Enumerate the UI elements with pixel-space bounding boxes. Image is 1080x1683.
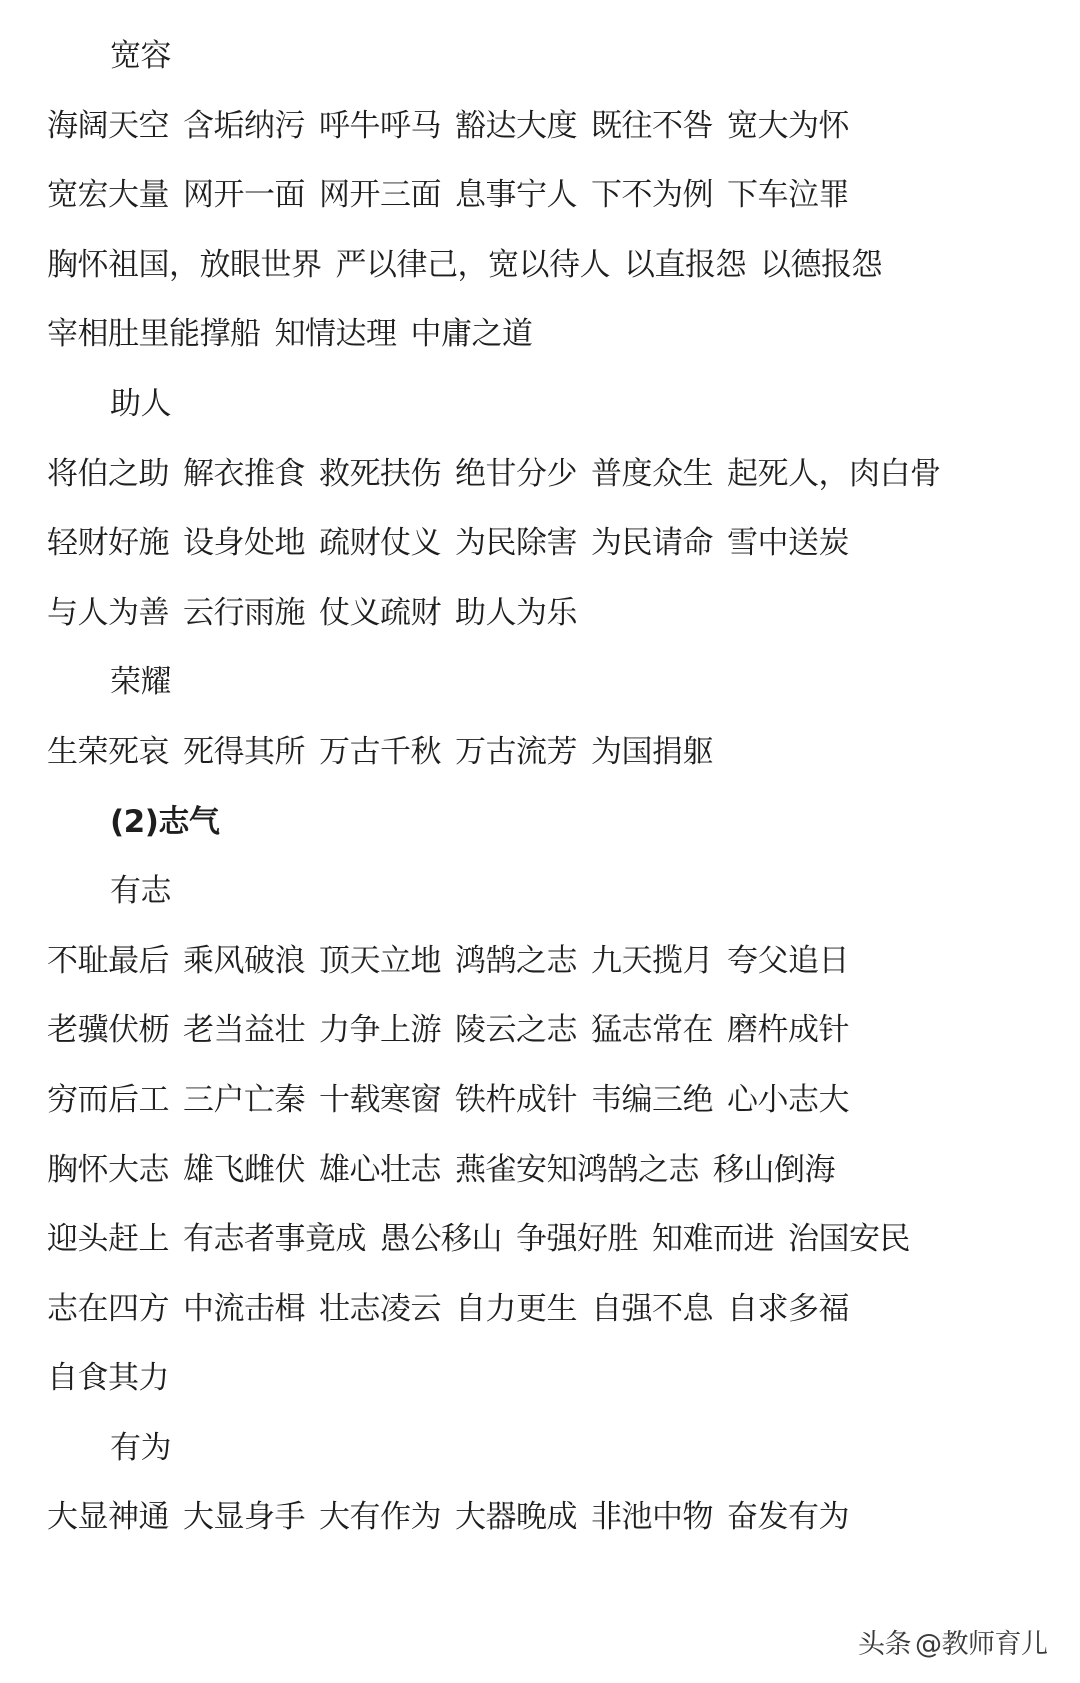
phrase: 息事宁人 [455, 161, 577, 231]
phrase: 壮志凌云 [319, 1275, 441, 1345]
phrase-row: 迎头赶上有志者事竟成愚公移山争强好胜知难而进治国安民 [0, 1205, 1080, 1275]
phrase: 含垢纳污 [183, 92, 305, 162]
phrase: 普度众生 [591, 440, 713, 510]
phrase: 雄飞雌伏 [183, 1136, 305, 1206]
phrase: 顶天立地 [319, 927, 441, 997]
phrase: 乘风破浪 [183, 927, 305, 997]
phrase: 仗义疏财 [319, 579, 441, 649]
phrase: 自食其力 [47, 1344, 169, 1414]
phrase: 与人为善 [47, 579, 169, 649]
phrase: 以直报怨 [624, 231, 746, 301]
phrase: 穷而后工 [47, 1066, 169, 1136]
watermark: 头条@教师育儿 [858, 1622, 1048, 1661]
phrase: 不耻最后 [47, 927, 169, 997]
phrase: 宽大为怀 [727, 92, 849, 162]
phrase-row: 与人为善云行雨施仗义疏财助人为乐 [0, 579, 1080, 649]
phrase: 猛志常在 [591, 996, 713, 1066]
phrase: 宰相肚里能撑船 [47, 300, 261, 370]
phrase-row: 胸怀祖国，放眼世界严以律己，宽以待人以直报怨以德报怨 [0, 231, 1080, 301]
phrase: 治国安民 [788, 1205, 910, 1275]
phrase: 云行雨施 [183, 579, 305, 649]
phrase: 大有作为 [319, 1483, 441, 1553]
phrase: 夸父追日 [727, 927, 849, 997]
phrase: 救死扶伤 [319, 440, 441, 510]
phrase: 老骥伏枥 [47, 996, 169, 1066]
phrase-row: 穷而后工三户亡秦十载寒窗铁杵成针韦编三绝心小志大 [0, 1066, 1080, 1136]
section-heading-having-aspiration: 有志 [0, 857, 1080, 927]
phrase: 生荣死哀 [47, 718, 169, 788]
section-heading-helping-others: 助人 [0, 370, 1080, 440]
phrase: 宽宏大量 [47, 161, 169, 231]
phrase: 非池中物 [591, 1483, 713, 1553]
phrase: 万古千秋 [319, 718, 441, 788]
phrase: 雪中送炭 [727, 509, 849, 579]
phrase: 为民请命 [591, 509, 713, 579]
phrase: 为国捐躯 [591, 718, 713, 788]
phrase: 大显身手 [183, 1483, 305, 1553]
phrase: 志在四方 [47, 1275, 169, 1345]
phrase: 磨杵成针 [727, 996, 849, 1066]
phrase-row: 不耻最后乘风破浪顶天立地鸿鹄之志九天揽月夸父追日 [0, 927, 1080, 997]
phrase-row: 生荣死哀死得其所万古千秋万古流芳为国捐躯 [0, 718, 1080, 788]
phrase: 海阔天空 [47, 92, 169, 162]
phrase: 迎头赶上 [47, 1205, 169, 1275]
phrase: 万古流芳 [455, 718, 577, 788]
phrase: 胸怀祖国，放眼世界 [47, 231, 322, 301]
phrase: 疏财仗义 [319, 509, 441, 579]
phrase-row: 胸怀大志雄飞雌伏雄心壮志燕雀安知鸿鹄之志移山倒海 [0, 1136, 1080, 1206]
phrase: 豁达大度 [455, 92, 577, 162]
phrase: 为民除害 [455, 509, 577, 579]
phrase: 中流击楫 [183, 1275, 305, 1345]
phrase: 移山倒海 [713, 1136, 835, 1206]
section-heading-ambition: (2)志气 [0, 788, 1080, 858]
phrase: 设身处地 [183, 509, 305, 579]
phrase-row: 轻财好施设身处地疏财仗义为民除害为民请命雪中送炭 [0, 509, 1080, 579]
document-body: 宽容 海阔天空含垢纳污呼牛呼马豁达大度既往不咎宽大为怀 宽宏大量网开一面网开三面… [0, 22, 1080, 1553]
phrase: 呼牛呼马 [319, 92, 441, 162]
section-heading-glory: 荣耀 [0, 648, 1080, 718]
phrase: 愚公移山 [380, 1205, 502, 1275]
phrase-row: 大显神通大显身手大有作为大器晚成非池中物奋发有为 [0, 1483, 1080, 1553]
phrase: 解衣推食 [183, 440, 305, 510]
phrase: 陵云之志 [455, 996, 577, 1066]
watermark-brand: 头条 [858, 1629, 911, 1660]
phrase: 九天揽月 [591, 927, 713, 997]
phrase-row: 宰相肚里能撑船知情达理中庸之道 [0, 300, 1080, 370]
phrase: 网开一面 [183, 161, 305, 231]
phrase: 轻财好施 [47, 509, 169, 579]
phrase: 中庸之道 [411, 300, 533, 370]
phrase-row: 海阔天空含垢纳污呼牛呼马豁达大度既往不咎宽大为怀 [0, 92, 1080, 162]
phrase: 自力更生 [455, 1275, 577, 1345]
phrase-row: 志在四方中流击楫壮志凌云自力更生自强不息自求多福 [0, 1275, 1080, 1345]
phrase: 奋发有为 [727, 1483, 849, 1553]
phrase: 将伯之助 [47, 440, 169, 510]
phrase: 绝甘分少 [455, 440, 577, 510]
phrase: 力争上游 [319, 996, 441, 1066]
phrase: 雄心壮志 [319, 1136, 441, 1206]
phrase: 既往不咎 [591, 92, 713, 162]
phrase: 严以律己，宽以待人 [336, 231, 611, 301]
phrase: 自求多福 [727, 1275, 849, 1345]
phrase: 十载寒窗 [319, 1066, 441, 1136]
phrase: 知难而进 [652, 1205, 774, 1275]
phrase: 燕雀安知鸿鹄之志 [455, 1136, 699, 1206]
phrase: 大显神通 [47, 1483, 169, 1553]
phrase: 老当益壮 [183, 996, 305, 1066]
phrase: 网开三面 [319, 161, 441, 231]
phrase: 以德报怨 [760, 231, 882, 301]
phrase-row: 自食其力 [0, 1344, 1080, 1414]
phrase: 胸怀大志 [47, 1136, 169, 1206]
phrase: 韦编三绝 [591, 1066, 713, 1136]
phrase: 下不为例 [591, 161, 713, 231]
section-heading-tolerance: 宽容 [0, 22, 1080, 92]
phrase: 下车泣罪 [727, 161, 849, 231]
phrase: 大器晚成 [455, 1483, 577, 1553]
phrase: 知情达理 [275, 300, 397, 370]
phrase: 心小志大 [727, 1066, 849, 1136]
watermark-handle: @教师育儿 [915, 1629, 1048, 1660]
phrase: 起死人，肉白骨 [727, 440, 941, 510]
phrase: 鸿鹄之志 [455, 927, 577, 997]
phrase-row: 老骥伏枥老当益壮力争上游陵云之志猛志常在磨杵成针 [0, 996, 1080, 1066]
phrase-row: 将伯之助解衣推食救死扶伤绝甘分少普度众生起死人，肉白骨 [0, 440, 1080, 510]
phrase: 铁杵成针 [455, 1066, 577, 1136]
phrase: 助人为乐 [455, 579, 577, 649]
phrase: 三户亡秦 [183, 1066, 305, 1136]
phrase: 有志者事竟成 [183, 1205, 366, 1275]
phrase: 自强不息 [591, 1275, 713, 1345]
phrase: 死得其所 [183, 718, 305, 788]
phrase-row: 宽宏大量网开一面网开三面息事宁人下不为例下车泣罪 [0, 161, 1080, 231]
section-heading-achievement: 有为 [0, 1414, 1080, 1484]
phrase: 争强好胜 [516, 1205, 638, 1275]
